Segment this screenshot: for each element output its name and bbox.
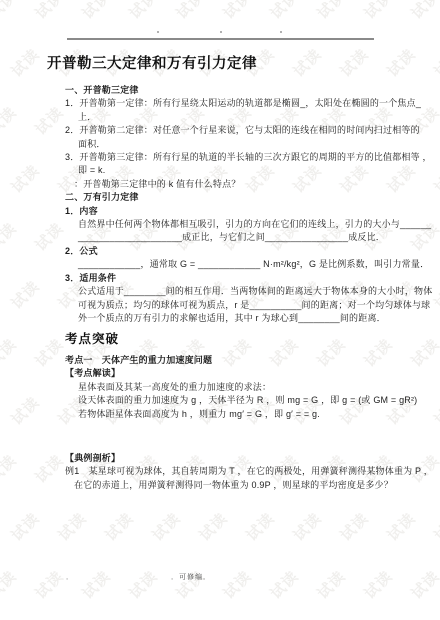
page-title: 开普勒三大定律和万有引力定律 <box>47 52 257 73</box>
text-line: 1．内容 <box>65 205 395 218</box>
text-line: ____________，通常取 G = ____________ N·m²/k… <box>78 258 395 271</box>
watermark-text: 试读 <box>0 102 21 139</box>
text-line: 考点突破 <box>65 331 395 347</box>
watermark-text: 试读 <box>0 0 21 23</box>
watermark-text: 试读 <box>53 508 90 545</box>
watermark-text: 试读 <box>335 508 372 545</box>
watermark-text: 试读 <box>429 160 440 197</box>
watermark-text: 试读 <box>30 450 67 487</box>
watermark-text: 试读 <box>288 508 325 545</box>
section-kaodian-tupo: 考点突破考点一 天体产生的重力加速度问题【考点解读】星体表面及其某一高度处的重力… <box>65 331 395 421</box>
watermark-text: 试读 <box>0 450 21 487</box>
watermark-text: 试读 <box>124 0 161 23</box>
footer-text: ．可修编． <box>0 572 382 582</box>
watermark-text: 试读 <box>6 508 43 545</box>
text-line: 3．开普勒第三定律：所有行星的轨道的半长轴的三次方跟它的周期的平方的比值都相等 … <box>65 151 395 164</box>
header-rule <box>67 38 374 40</box>
text-line: 2．公式 <box>65 245 395 258</box>
watermark-text: 试读 <box>382 44 419 81</box>
text-line: 例1 某星球可视为球体，其自转周期为 T ，在它的两极处，用弹簧秤测得某物体重为… <box>65 465 395 478</box>
watermark-text: 试读 <box>429 508 440 545</box>
text-line: 二、万有引力定律 <box>65 191 395 204</box>
text-line: 星体表面及其某一高度处的重力加速度的求法： <box>78 381 395 394</box>
watermark-text: 试读 <box>218 0 255 23</box>
watermark-text: 试读 <box>6 44 43 81</box>
watermark-text: 试读 <box>312 0 349 23</box>
watermark-text: 试读 <box>194 508 231 545</box>
text-line: 设天体表面的重力加速度为 g ，天体半径为 R ，则 mg = G ，即 g =… <box>78 394 395 407</box>
watermark-text: 试读 <box>0 334 21 371</box>
section-dianli-pouxi: 【典例剖析】例1 某星球可视为球体，其自转周期为 T ，在它的两极处，用弹簧秤测… <box>65 452 395 492</box>
text-line: ：开普勒第三定律中的 k 值有什么特点？ <box>74 178 395 191</box>
text-line: 可视为质点；均匀的球体可视为质点，r 是__________间的距离；对一个均匀… <box>78 299 395 312</box>
watermark-text: 试读 <box>30 334 67 371</box>
text-line: 1．开普勒第一定律：所有行星绕太阳运动的轨道都是椭圆_，太阳处在椭圆的一个焦点_ <box>65 97 395 110</box>
watermark-text: 试读 <box>382 508 419 545</box>
text-line: 【典例剖析】 <box>65 452 395 465</box>
watermark-text: 试读 <box>288 44 325 81</box>
watermark-text: 试读 <box>30 0 67 23</box>
text-line: 外一个质点的万有引力的求解也适用，其中 r 为球心到________间的距离． <box>78 312 395 325</box>
text-line: 面积． <box>78 138 395 151</box>
text-line: 在它的赤道上，用弹簧秤测得同一物体重为 0.9P ，则星球的平均密度是多少？ <box>74 479 395 492</box>
section-outline: 一、开普勒三定律1．开普勒第一定律：所有行星绕太阳运动的轨道都是椭圆_，太阳处在… <box>65 84 395 325</box>
watermark-text: 试读 <box>335 44 372 81</box>
text-line: 【考点解读】 <box>65 367 395 380</box>
watermark-text: 试读 <box>171 0 208 23</box>
watermark-text: 试读 <box>30 218 67 255</box>
watermark-text: 试读 <box>265 0 302 23</box>
watermark-text: 试读 <box>406 334 440 371</box>
text-line: 即 = k. <box>78 164 395 177</box>
text-line: 若物体距星体表面高度为 h ，则重力 mg′ = G ，即 g′ = = g. <box>78 408 395 421</box>
text-line: 考点一 天体产生的重力加速度问题 <box>65 354 395 367</box>
document-page: 试读试读试读试读试读试读试读试读试读试读试读试读试读试读试读试读试读试读试读试读… <box>0 0 440 620</box>
watermark-text: 试读 <box>429 44 440 81</box>
watermark-text: 试读 <box>147 508 184 545</box>
watermark-text: 试读 <box>30 102 67 139</box>
text-line: 3．适用条件 <box>65 272 395 285</box>
watermark-text: 试读 <box>6 160 43 197</box>
watermark-text: 试读 <box>359 0 396 23</box>
watermark-text: 试读 <box>406 0 440 23</box>
text-line: 上． <box>78 111 395 124</box>
text-line: 公式适用于________间的相互作用．当两物体间的距离远大于物体本身的大小时，… <box>78 285 395 298</box>
watermark-text: 试读 <box>429 392 440 429</box>
watermark-text: 试读 <box>6 392 43 429</box>
watermark-text: 试读 <box>77 0 114 23</box>
text-line: 一、开普勒三定律 <box>65 84 395 97</box>
text-line: 自然界中任何两个物体都相互吸引，引力的方向在它们的连线上，引力的大小与_____… <box>78 218 395 231</box>
watermark-text: 试读 <box>6 276 43 313</box>
watermark-text: 试读 <box>241 508 278 545</box>
watermark-text: 试读 <box>0 218 21 255</box>
watermark-text: 试读 <box>100 508 137 545</box>
watermark-text: 试读 <box>406 566 440 603</box>
text-line: ____________________成正比，与它们之间___________… <box>78 231 395 244</box>
text-line: 2．开普勒第二定律：对任意一个行星来说，它与太阳的连线在相同的时间内扫过相等的 <box>65 124 395 137</box>
